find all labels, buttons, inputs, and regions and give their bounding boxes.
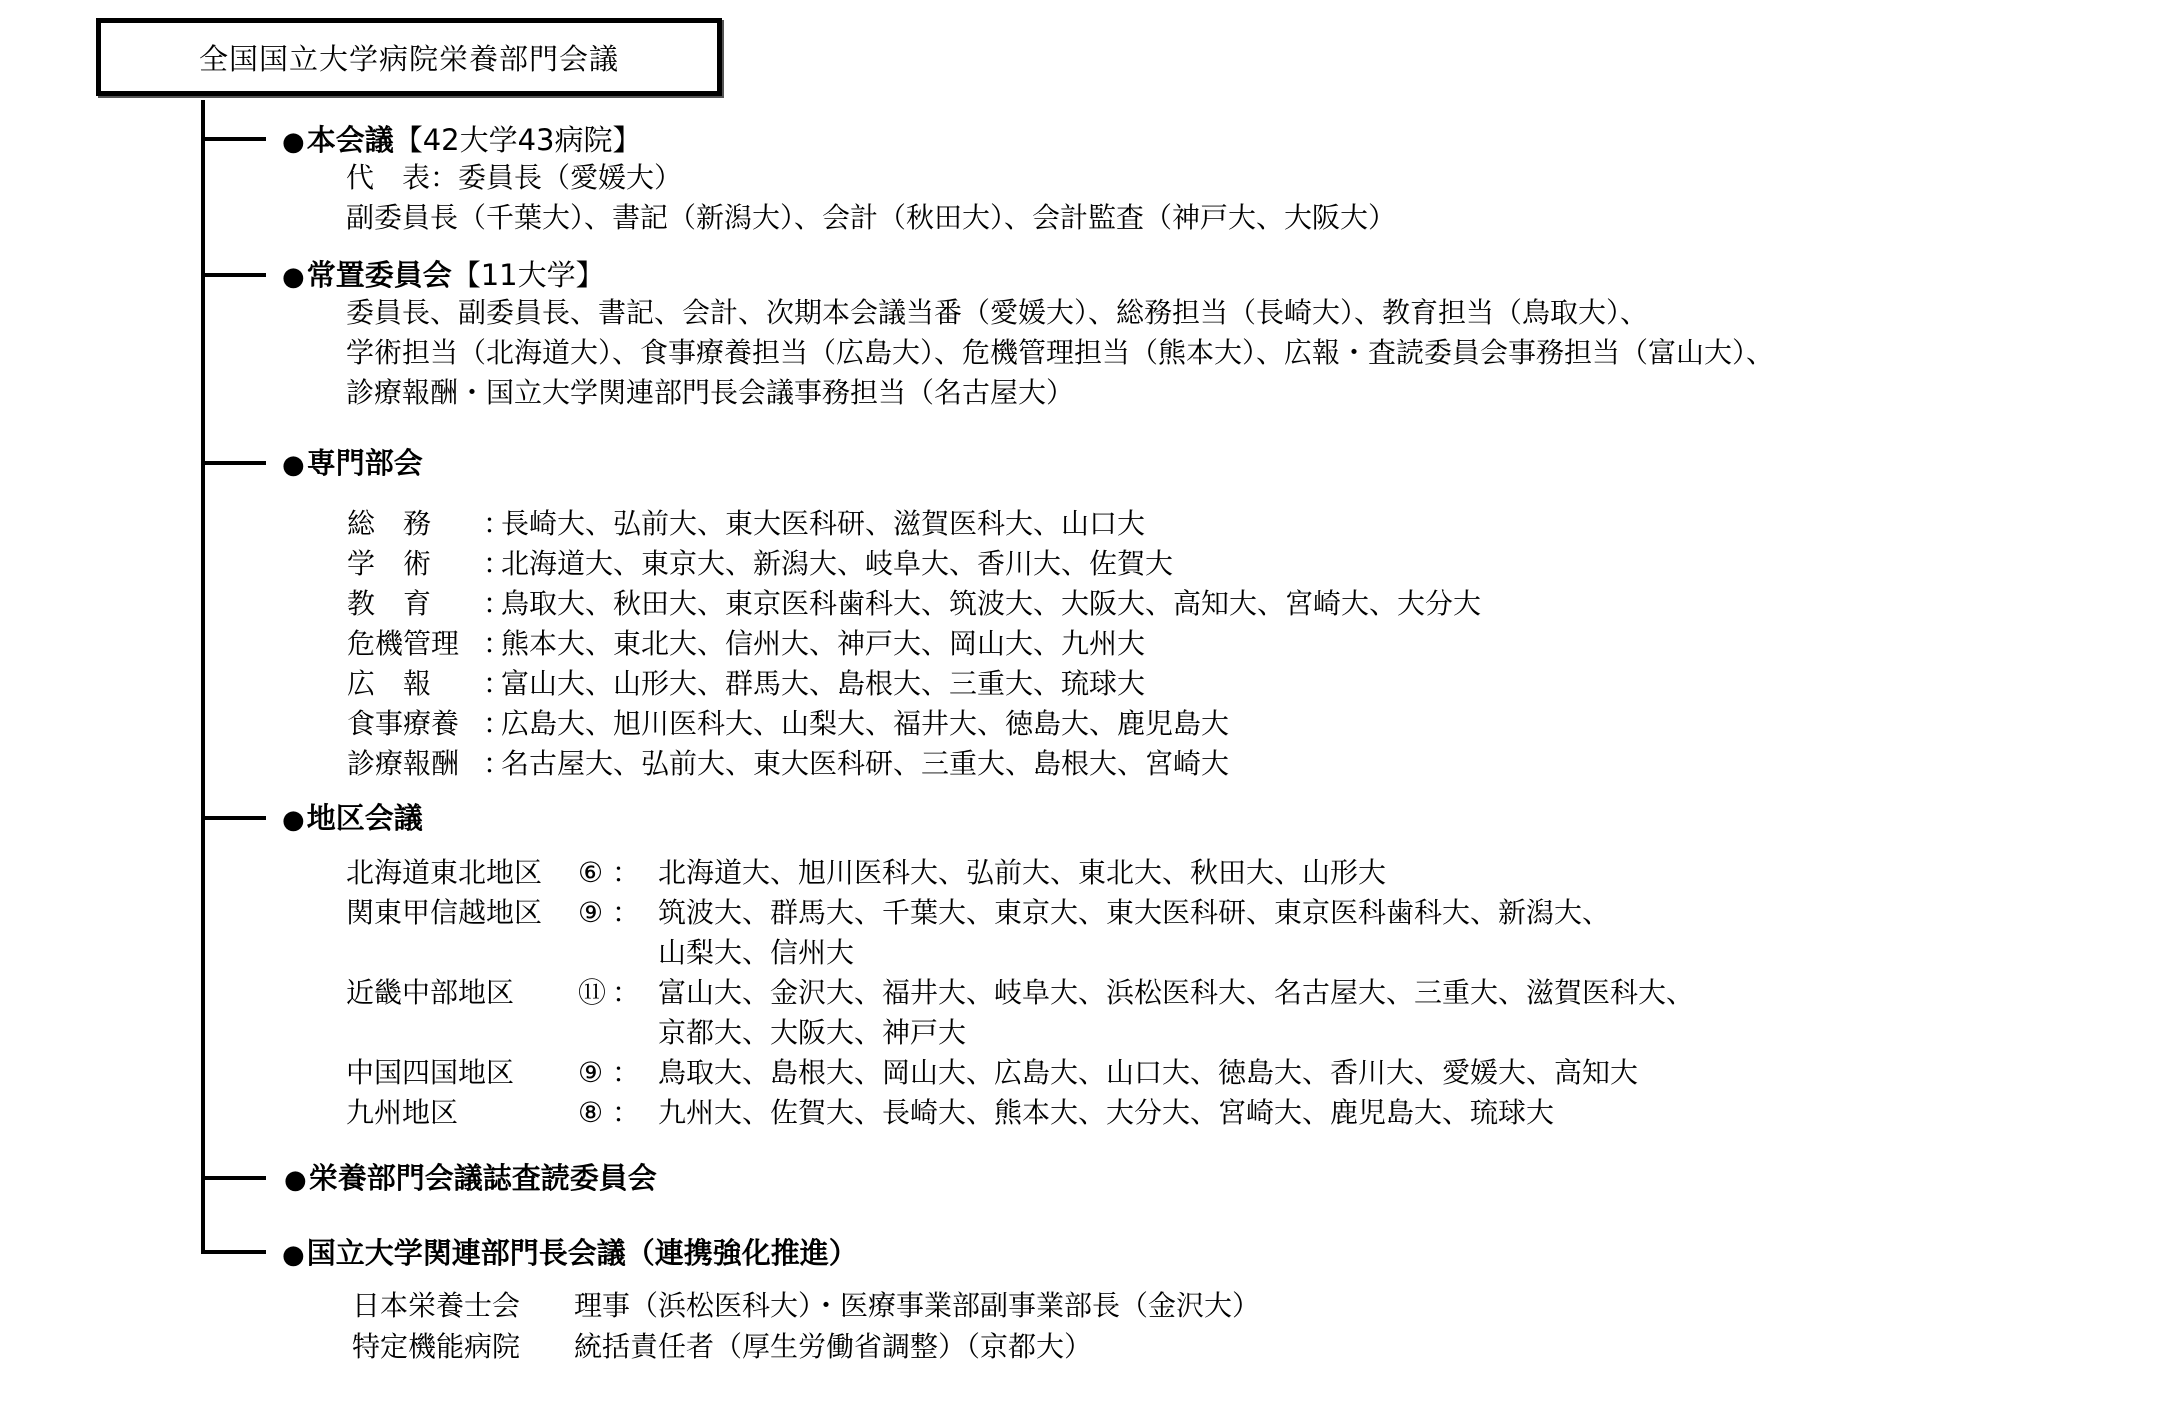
section-heading-main-meeting: ●本会議【42大学43病院】 xyxy=(282,120,642,162)
heading-text: 常置委員会 xyxy=(307,258,452,292)
heading-text: 地区会議 xyxy=(307,801,423,835)
bullet-icon: ● xyxy=(282,805,305,835)
region-name: 九州地区 xyxy=(346,1093,458,1133)
bullet-icon: ● xyxy=(282,262,305,292)
region-name: 北海道東北地区 xyxy=(346,853,542,893)
role-value: 統括責任者（厚生労働省調整）（京都大） xyxy=(574,1327,1092,1367)
org-title: 全国国立大学病院栄養部門会議 xyxy=(199,37,619,78)
region-count-badge: ⑨ xyxy=(578,1053,603,1093)
region-count-badge: ⑥ xyxy=(578,853,603,893)
region-row-hokkaido-tohoku: 北海道東北地区 ⑥ ： 北海道大、旭川医科大、弘前大、東北大、秋田大、山形大 xyxy=(346,853,1846,893)
region-name: 近畿中部地区 xyxy=(346,973,514,1013)
subcommittee-label: 食事療養 xyxy=(347,704,459,744)
standing-committee-line-2: 学術担当（北海道大）、食事療養担当（広島大）、危機管理担当（熊本大）、広報・査読… xyxy=(346,333,1774,373)
role-value: 理事（浜松医科大）・医療事業部副事業部長（金沢大） xyxy=(574,1286,1260,1326)
subcommittee-label: 学 術 xyxy=(347,544,431,584)
separator: ： xyxy=(612,1053,640,1093)
main-meeting-line-2: 副委員長（千葉大）、書記（新潟大）、会計（秋田大）、会計監査（神戸大、大阪大） xyxy=(346,198,1396,238)
branch-line-national-heads xyxy=(201,1250,266,1254)
subcommittee-row: 学 術 ： 北海道大、東京大、新潟大、岐阜大、香川大、佐賀大 xyxy=(347,544,1647,584)
subcommittee-members: 長崎大、弘前大、東大医科研、滋賀医科大、山口大 xyxy=(501,504,1145,544)
organization-label: 特定機能病院 xyxy=(352,1327,520,1367)
region-members-continued: 京都大、大阪大、神戸大 xyxy=(658,1013,966,1053)
org-title-box: 全国国立大学病院栄養部門会議 xyxy=(96,18,722,96)
separator: ： xyxy=(612,973,640,1013)
subcommittee-label: 総 務 xyxy=(347,504,431,544)
region-count-badge: ⑪ xyxy=(578,973,606,1013)
branch-line-journal-review xyxy=(201,1176,266,1180)
subcommittee-members: 北海道大、東京大、新潟大、岐阜大、香川大、佐賀大 xyxy=(501,544,1173,584)
subcommittee-label: 診療報酬 xyxy=(347,744,459,784)
heading-text: 栄養部門会議誌査読委員会 xyxy=(309,1161,657,1195)
region-name: 中国四国地区 xyxy=(346,1053,514,1093)
subcommittee-members: 鳥取大、秋田大、東京医科歯科大、筑波大、大阪大、高知大、宮崎大、大分大 xyxy=(501,584,1481,624)
heading-text: 専門部会 xyxy=(307,446,423,480)
organization-label: 日本栄養士会 xyxy=(352,1286,520,1326)
main-meeting-line-1: 代 表：委員長（愛媛大） xyxy=(346,158,682,198)
region-members: 北海道大、旭川医科大、弘前大、東北大、秋田大、山形大 xyxy=(658,853,1386,893)
section-heading-national-heads: ●国立大学関連部門長会議（連携強化推進） xyxy=(282,1233,858,1275)
region-members: 九州大、佐賀大、長崎大、熊本大、大分大、宮崎大、鹿児島大、琉球大 xyxy=(658,1093,1554,1133)
separator: ： xyxy=(612,853,640,893)
standing-committee-line-3: 診療報酬・国立大学関連部門長会議事務担当（名古屋大） xyxy=(346,373,1074,413)
section-heading-regional: ●地区会議 xyxy=(282,798,423,840)
bullet-icon: ● xyxy=(282,127,305,157)
subcommittee-members: 富山大、山形大、群馬大、島根大、三重大、琉球大 xyxy=(501,664,1145,704)
region-count-badge: ⑧ xyxy=(578,1093,603,1133)
bullet-icon: ● xyxy=(284,1165,307,1195)
subcommittee-label: 教 育 xyxy=(347,584,431,624)
branch-line-regional xyxy=(201,816,266,820)
branch-line-main-meeting xyxy=(201,137,266,141)
subcommittee-row: 診療報酬 ： 名古屋大、弘前大、東大医科研、三重大、島根大、宮崎大 xyxy=(347,744,1647,784)
bullet-icon: ● xyxy=(282,1240,305,1270)
section-heading-standing-committee: ●常置委員会【11大学】 xyxy=(282,255,605,297)
subcommittee-members: 広島大、旭川医科大、山梨大、福井大、徳島大、鹿児島大 xyxy=(501,704,1229,744)
region-members: 筑波大、群馬大、千葉大、東京大、東大医科研、東京医科歯科大、新潟大、 xyxy=(658,893,1610,933)
branch-line-standing-committee xyxy=(201,273,266,277)
region-row-chugoku-shikoku: 中国四国地区 ⑨ ： 鳥取大、島根大、岡山大、広島大、山口大、徳島大、香川大、愛… xyxy=(346,1053,1846,1093)
bullet-icon: ● xyxy=(282,450,305,480)
region-row-kanto-koshinetsu: 関東甲信越地区 ⑨ ： 筑波大、群馬大、千葉大、東京大、東大医科研、東京医科歯科… xyxy=(346,893,1846,973)
branch-line-subcommittees xyxy=(201,461,266,465)
subcommittee-row: 危機管理 ： 熊本大、東北大、信州大、神戸大、岡山大、九州大 xyxy=(347,624,1647,664)
region-members-continued: 山梨大、信州大 xyxy=(658,933,854,973)
section-heading-journal-review: ●栄養部門会議誌査読委員会 xyxy=(284,1158,657,1200)
section-heading-subcommittees: ●専門部会 xyxy=(282,443,423,485)
national-heads-row: 日本栄養士会 理事（浜松医科大）・医療事業部副事業部長（金沢大） xyxy=(352,1286,1552,1326)
separator: ： xyxy=(612,1093,640,1133)
region-name: 関東甲信越地区 xyxy=(346,893,542,933)
heading-suffix: 【42大学43病院】 xyxy=(394,123,642,157)
region-members: 鳥取大、島根大、岡山大、広島大、山口大、徳島大、香川大、愛媛大、高知大 xyxy=(658,1053,1638,1093)
heading-text: 本会議 xyxy=(307,123,394,157)
region-members: 富山大、金沢大、福井大、岐阜大、浜松医科大、名古屋大、三重大、滋賀医科大、 xyxy=(658,973,1694,1013)
heading-text: 国立大学関連部門長会議（連携強化推進） xyxy=(307,1236,858,1270)
subcommittee-row: 広 報 ： 富山大、山形大、群馬大、島根大、三重大、琉球大 xyxy=(347,664,1647,704)
region-count-badge: ⑨ xyxy=(578,893,603,933)
region-row-kyushu: 九州地区 ⑧ ： 九州大、佐賀大、長崎大、熊本大、大分大、宮崎大、鹿児島大、琉球… xyxy=(346,1093,1846,1133)
region-row-kinki-chubu: 近畿中部地区 ⑪ ： 富山大、金沢大、福井大、岐阜大、浜松医科大、名古屋大、三重… xyxy=(346,973,1846,1053)
subcommittee-row: 総 務 ： 長崎大、弘前大、東大医科研、滋賀医科大、山口大 xyxy=(347,504,1647,544)
subcommittee-label: 広 報 xyxy=(347,664,431,704)
subcommittee-members: 熊本大、東北大、信州大、神戸大、岡山大、九州大 xyxy=(501,624,1145,664)
subcommittee-row: 食事療養 ： 広島大、旭川医科大、山梨大、福井大、徳島大、鹿児島大 xyxy=(347,704,1647,744)
heading-suffix: 【11大学】 xyxy=(452,258,605,292)
standing-committee-line-1: 委員長、副委員長、書記、会計、次期本会議当番（愛媛大）、総務担当（長崎大）、教育… xyxy=(346,293,1648,333)
subcommittee-label: 危機管理 xyxy=(347,624,459,664)
subcommittee-row: 教 育 ： 鳥取大、秋田大、東京医科歯科大、筑波大、大阪大、高知大、宮崎大、大分… xyxy=(347,584,1647,624)
separator: ： xyxy=(612,893,640,933)
national-heads-row: 特定機能病院 統括責任者（厚生労働省調整）（京都大） xyxy=(352,1327,1552,1367)
subcommittee-members: 名古屋大、弘前大、東大医科研、三重大、島根大、宮崎大 xyxy=(501,744,1229,784)
